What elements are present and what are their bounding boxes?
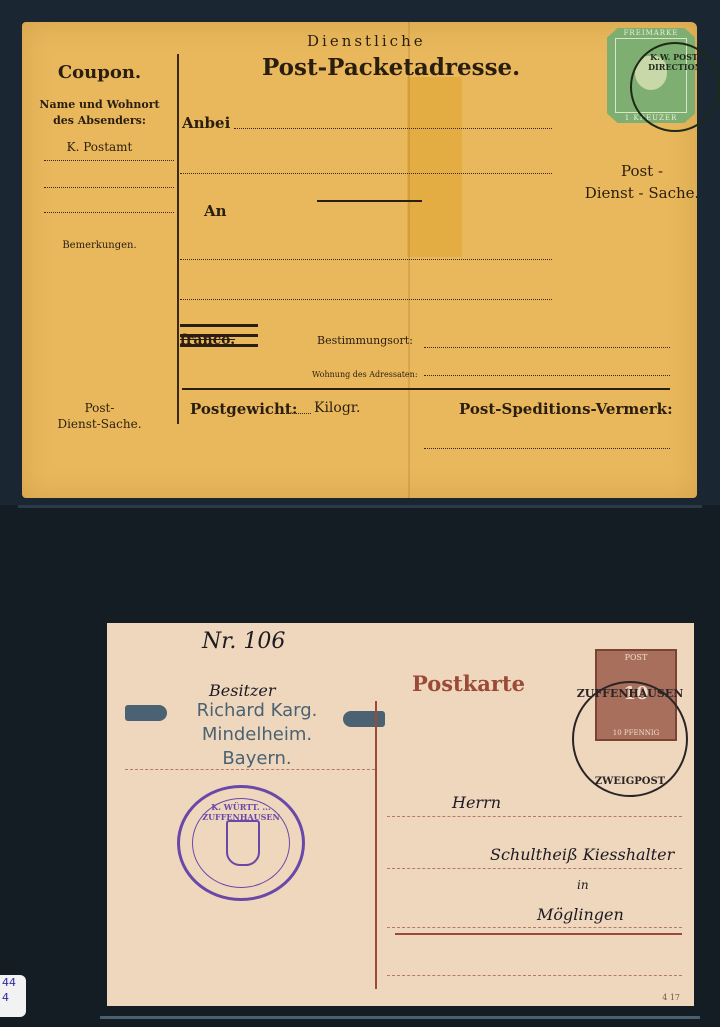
- sender-region: Bayern.: [167, 747, 347, 771]
- postmark-office: ZWEIGPOST: [574, 776, 686, 787]
- an-label: An: [204, 202, 227, 220]
- coupon-divider: [177, 54, 179, 424]
- address-line: [387, 868, 682, 869]
- coupon-dotted-line: [44, 187, 174, 188]
- forwarding-note-line: [424, 448, 670, 449]
- official-seal-stamp: K. WÜRTT. ... ZUFFENHAUSEN: [177, 785, 305, 901]
- address-line: [387, 927, 682, 928]
- coupon-dotted-line: [44, 160, 174, 161]
- address-name: Schultheiß Kiesshalter: [490, 845, 674, 864]
- card-title: Post-Packetadresse.: [262, 54, 520, 81]
- stamp-text-top: FREIMARKE: [607, 29, 695, 37]
- handwritten-number: Nr. 106: [202, 629, 285, 654]
- forwarding-note-label: Post-Speditions-Vermerk:: [459, 400, 673, 418]
- official-mail-line2: Dienst - Sache.: [582, 182, 702, 204]
- coupon-dotted-line: [44, 212, 174, 213]
- card-subtitle: Dienstliche: [307, 32, 426, 50]
- postmark-cancel: ZUFFENHAUSEN ZWEIGPOST: [572, 681, 688, 797]
- postmark-cancel: K.W. POST-DIRECTION: [630, 42, 720, 132]
- sender-name: Richard Karg.: [167, 699, 347, 723]
- album-label-line1: 44: [2, 975, 26, 990]
- seal-text: K. WÜRTT. ... ZUFFENHAUSEN: [180, 802, 302, 822]
- coupon-footer-line1: Post-: [22, 400, 177, 416]
- address-line: [387, 816, 682, 817]
- sleeve-edge: [100, 1016, 700, 1019]
- postmark-town: ZUFFENHAUSEN: [574, 687, 686, 700]
- an-underline: [317, 200, 422, 202]
- sender-address-stamp: Richard Karg. Mindelheim. Bayern.: [167, 699, 347, 771]
- residence-label: Wohnung des Adressaten:: [312, 370, 418, 379]
- postcard: Nr. 106 Besitzer Richard Karg. Mindelhei…: [107, 623, 694, 1006]
- print-code: 4 17: [662, 993, 680, 1002]
- postcard-divider: [375, 701, 377, 989]
- parcel-address-card: Dienstliche Post-Packetadresse. Coupon. …: [22, 22, 697, 498]
- address-line: [180, 173, 552, 174]
- address-line: [387, 975, 682, 976]
- coupon-remarks-label: Bemerkungen.: [22, 240, 177, 251]
- address-line: [180, 299, 552, 300]
- official-mail-label: Post - Dienst - Sache.: [582, 160, 702, 204]
- card-fold: [408, 22, 410, 498]
- destination-line: [424, 347, 670, 348]
- stamp-text-top: POST: [597, 653, 675, 662]
- official-mail-line1: Post -: [582, 160, 702, 182]
- address-line: [180, 259, 552, 260]
- residence-line: [424, 375, 670, 376]
- address-salutation: Herrn: [452, 793, 501, 812]
- postmark-text: K.W. POST-DIRECTION: [632, 52, 718, 72]
- album-label-line2: 4: [2, 990, 26, 1005]
- pointing-hand-icon: [125, 705, 167, 721]
- coupon-sender-value: K. Postamt: [22, 140, 177, 154]
- sender-label-line1: Name und Wohnort: [22, 97, 177, 113]
- anbei-label: Anbei: [182, 114, 230, 132]
- postcard-title: Postkarte: [412, 671, 525, 696]
- sender-underline: [125, 769, 375, 770]
- franco-label: franco.: [180, 332, 235, 348]
- coupon-title: Coupon.: [22, 62, 177, 83]
- pointing-hand-icon: [343, 711, 385, 727]
- sender-label-line2: des Absenders:: [22, 113, 177, 129]
- coupon-footer-line2: Dienst-Sache.: [22, 416, 177, 432]
- kilogram-label: Kilogr.: [314, 400, 360, 416]
- weight-divider: [182, 388, 670, 390]
- coupon-footer: Post- Dienst-Sache.: [22, 400, 177, 432]
- sleeve-divider: [18, 505, 702, 508]
- address-town: Möglingen: [537, 905, 624, 924]
- seal-crest-icon: [226, 820, 260, 866]
- handwritten-besitzer: Besitzer: [209, 681, 276, 700]
- coupon-sender-label: Name und Wohnort des Absenders:: [22, 97, 177, 129]
- weight-label: Postgewicht:: [190, 400, 297, 418]
- destination-label: Bestimmungsort:: [317, 334, 413, 347]
- tape-stain: [407, 77, 462, 257]
- weight-line: [275, 413, 311, 414]
- address-in: in: [577, 878, 589, 892]
- album-label: 44 4: [0, 975, 26, 1017]
- town-underline: [395, 933, 682, 935]
- sender-city: Mindelheim.: [167, 723, 347, 747]
- anbei-line: [234, 128, 552, 129]
